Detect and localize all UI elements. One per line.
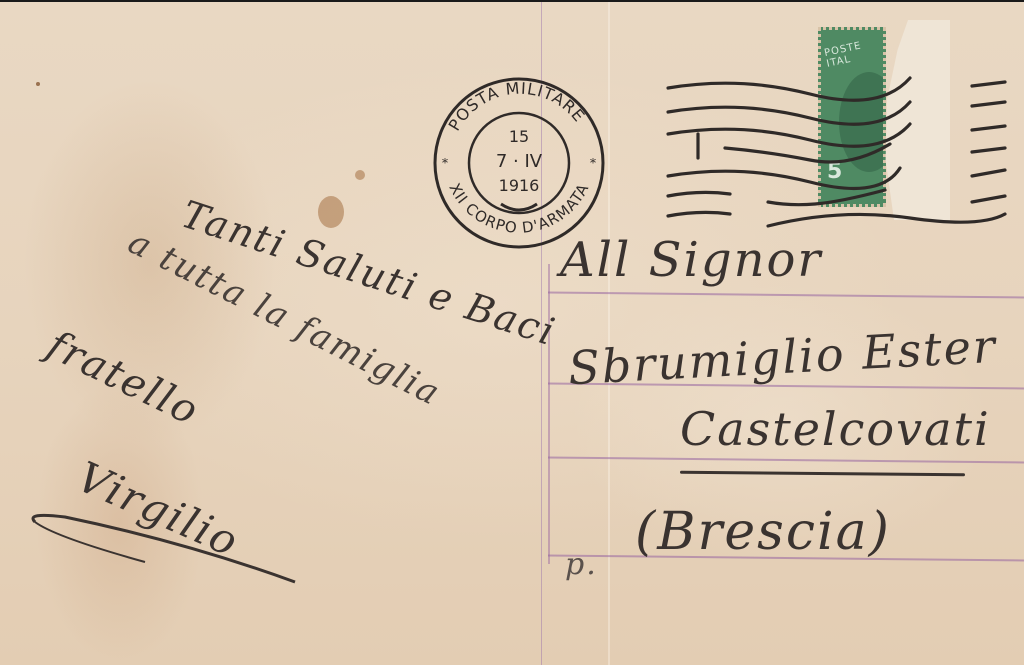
postmark-year: 1916 [499,176,540,195]
svg-text:*: * [442,156,448,170]
address-ruled-line [548,292,1024,298]
foxing-stain [318,196,344,228]
postcard-back: POSTA MILITARE XII CORPO D'ARMATA * * 15… [0,2,1024,665]
postmark-hour: 15 [509,127,529,146]
foxing-dot [36,82,40,86]
address-margin-note: p. [565,547,598,582]
postmark-posta-militare: POSTA MILITARE XII CORPO D'ARMATA * * 15… [428,74,610,252]
postmark-top-text: POSTA MILITARE [445,79,589,135]
address-line-3-city: Castelcovati [680,402,991,456]
address-ruled-line [548,457,1024,463]
cancellation-wavy-lines [660,62,1024,232]
address-line-4-province: (Brescia) [635,502,891,562]
signature-flourish [25,502,305,592]
foxing-stain [355,170,365,180]
city-underline [680,471,965,476]
address-line-2: Sbrumiglio Ester [567,319,998,395]
message-line-3: fratello [40,322,207,435]
svg-text:POSTA MILITARE: POSTA MILITARE [445,79,589,135]
address-line-1: All Signor [560,232,822,288]
svg-text:*: * [590,156,596,170]
postmark-date: 7 · IV [496,151,543,172]
